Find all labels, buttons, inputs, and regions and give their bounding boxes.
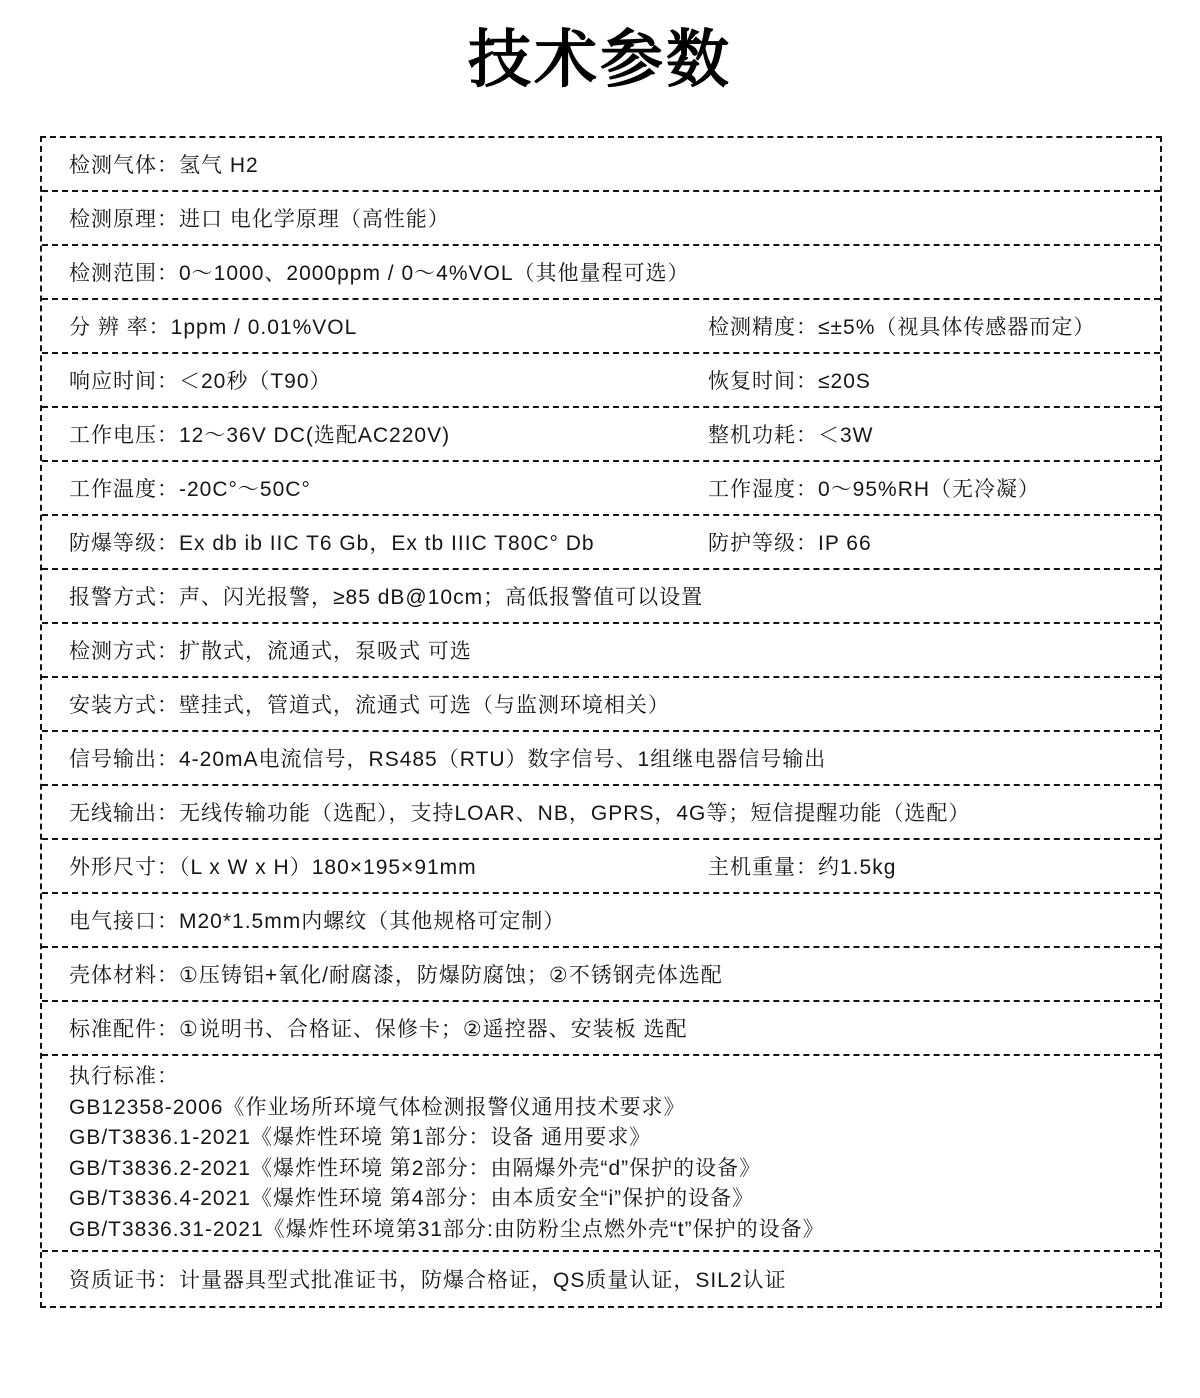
spec-table: 检测气体：氢气 H2 检测原理：进口 电化学原理（高性能） 检测范围：0～100… bbox=[40, 136, 1162, 1308]
spec-text-voltage: 工作电压：12～36V DC(选配AC220V) bbox=[69, 419, 708, 449]
spec-text: 无线输出：无线传输功能（选配），支持LOAR、NB，GPRS，4G等；短信提醒功… bbox=[69, 797, 970, 827]
spec-row-temp-humidity: 工作温度：-20C°～50C° 工作湿度：0～95%RH（无冷凝） bbox=[42, 462, 1160, 516]
spec-sheet-page: 技术参数 检测气体：氢气 H2 检测原理：进口 电化学原理（高性能） 检测范围：… bbox=[0, 0, 1200, 1398]
spec-row-voltage-power: 工作电压：12～36V DC(选配AC220V) 整机功耗：＜3W bbox=[42, 408, 1160, 462]
spec-text: 标准配件：①说明书、合格证、保修卡；②遥控器、安装板 选配 bbox=[69, 1013, 688, 1043]
spec-text: 信号输出：4-20mA电流信号，RS485（RTU）数字信号、1组继电器信号输出 bbox=[69, 743, 826, 773]
spec-text-recovery-time: 恢复时间：≤20S bbox=[708, 365, 1160, 395]
spec-row-installation-mode: 安装方式：壁挂式，管道式，流通式 可选（与监测环境相关） bbox=[42, 678, 1160, 732]
spec-row-housing-material: 壳体材料：①压铸铝+氧化/耐腐漆，防爆防腐蚀；②不锈钢壳体选配 bbox=[42, 948, 1160, 1002]
spec-text: 报警方式：声、闪光报警，≥85 dB@10cm；高低报警值可以设置 bbox=[69, 581, 703, 611]
spec-text-power: 整机功耗：＜3W bbox=[708, 419, 1160, 449]
spec-row-detected-gas: 检测气体：氢气 H2 bbox=[42, 138, 1160, 192]
spec-row-signal-output: 信号输出：4-20mA电流信号，RS485（RTU）数字信号、1组继电器信号输出 bbox=[42, 732, 1160, 786]
spec-text: 安装方式：壁挂式，管道式，流通式 可选（与监测环境相关） bbox=[69, 689, 670, 719]
spec-text: 检测气体：氢气 H2 bbox=[69, 149, 259, 179]
spec-row-alarm-mode: 报警方式：声、闪光报警，≥85 dB@10cm；高低报警值可以设置 bbox=[42, 570, 1160, 624]
spec-row-execution-standards: 执行标准： GB12358-2006《作业场所环境气体检测报警仪通用技术要求》 … bbox=[42, 1056, 1160, 1252]
standard-item: GB/T3836.2-2021《爆炸性环境 第2部分：由隔爆外壳“d”保护的设备… bbox=[69, 1154, 1160, 1185]
standard-item: GB/T3836.1-2021《爆炸性环境 第1部分：设备 通用要求》 bbox=[69, 1123, 1160, 1154]
spec-row-explosionproof-ip: 防爆等级：Ex db ib IIC T6 Gb，Ex tb IIIC T80C°… bbox=[42, 516, 1160, 570]
spec-row-detection-mode: 检测方式：扩散式，流通式，泵吸式 可选 bbox=[42, 624, 1160, 678]
standard-item: GB/T3836.4-2021《爆炸性环境 第4部分：由本质安全“i”保护的设备… bbox=[69, 1184, 1160, 1215]
spec-text-resolution: 分 辨 率：1ppm / 0.01%VOL bbox=[69, 311, 708, 341]
spec-row-certificates: 资质证书：计量器具型式批准证书，防爆合格证，QS质量认证，SIL2认证 bbox=[42, 1252, 1160, 1306]
spec-row-response-recovery: 响应时间：＜20秒（T90） 恢复时间：≤20S bbox=[42, 354, 1160, 408]
spec-row-electrical-port: 电气接口：M20*1.5mm内螺纹（其他规格可定制） bbox=[42, 894, 1160, 948]
spec-row-detection-range: 检测范围：0～1000、2000ppm / 0～4%VOL（其他量程可选） bbox=[42, 246, 1160, 300]
spec-text-explosionproof: 防爆等级：Ex db ib IIC T6 Gb，Ex tb IIIC T80C°… bbox=[69, 527, 708, 557]
spec-text-ip-rating: 防护等级：IP 66 bbox=[708, 527, 1160, 557]
standard-item: GB12358-2006《作业场所环境气体检测报警仪通用技术要求》 bbox=[69, 1093, 1160, 1124]
page-title: 技术参数 bbox=[0, 18, 1200, 102]
spec-row-wireless-output: 无线输出：无线传输功能（选配），支持LOAR、NB，GPRS，4G等；短信提醒功… bbox=[42, 786, 1160, 840]
spec-row-resolution-accuracy: 分 辨 率：1ppm / 0.01%VOL 检测精度：≤±5%（视具体传感器而定… bbox=[42, 300, 1160, 354]
spec-text: 壳体材料：①压铸铝+氧化/耐腐漆，防爆防腐蚀；②不锈钢壳体选配 bbox=[69, 959, 723, 989]
spec-text: 电气接口：M20*1.5mm内螺纹（其他规格可定制） bbox=[69, 905, 565, 935]
spec-row-standard-accessories: 标准配件：①说明书、合格证、保修卡；②遥控器、安装板 选配 bbox=[42, 1002, 1160, 1056]
spec-text: 检测方式：扩散式，流通式，泵吸式 可选 bbox=[69, 635, 472, 665]
spec-text-response-time: 响应时间：＜20秒（T90） bbox=[69, 365, 708, 395]
standards-heading: 执行标准： bbox=[69, 1062, 1160, 1093]
spec-text-humidity: 工作湿度：0～95%RH（无冷凝） bbox=[708, 473, 1160, 503]
spec-text: 检测范围：0～1000、2000ppm / 0～4%VOL（其他量程可选） bbox=[69, 257, 690, 287]
spec-text-temperature: 工作温度：-20C°～50C° bbox=[69, 473, 708, 503]
spec-text: 资质证书：计量器具型式批准证书，防爆合格证，QS质量认证，SIL2认证 bbox=[69, 1264, 787, 1294]
standard-item: GB/T3836.31-2021《爆炸性环境第31部分:由防粉尘点燃外壳“t”保… bbox=[69, 1215, 1160, 1246]
spec-row-detection-principle: 检测原理：进口 电化学原理（高性能） bbox=[42, 192, 1160, 246]
spec-text: 检测原理：进口 电化学原理（高性能） bbox=[69, 203, 450, 233]
spec-text-weight: 主机重量：约1.5kg bbox=[708, 851, 1160, 881]
spec-text-accuracy: 检测精度：≤±5%（视具体传感器而定） bbox=[708, 311, 1160, 341]
spec-row-dimensions-weight: 外形尺寸：（L x W x H）180×195×91mm 主机重量：约1.5kg bbox=[42, 840, 1160, 894]
spec-text-dimensions: 外形尺寸：（L x W x H）180×195×91mm bbox=[69, 851, 708, 881]
